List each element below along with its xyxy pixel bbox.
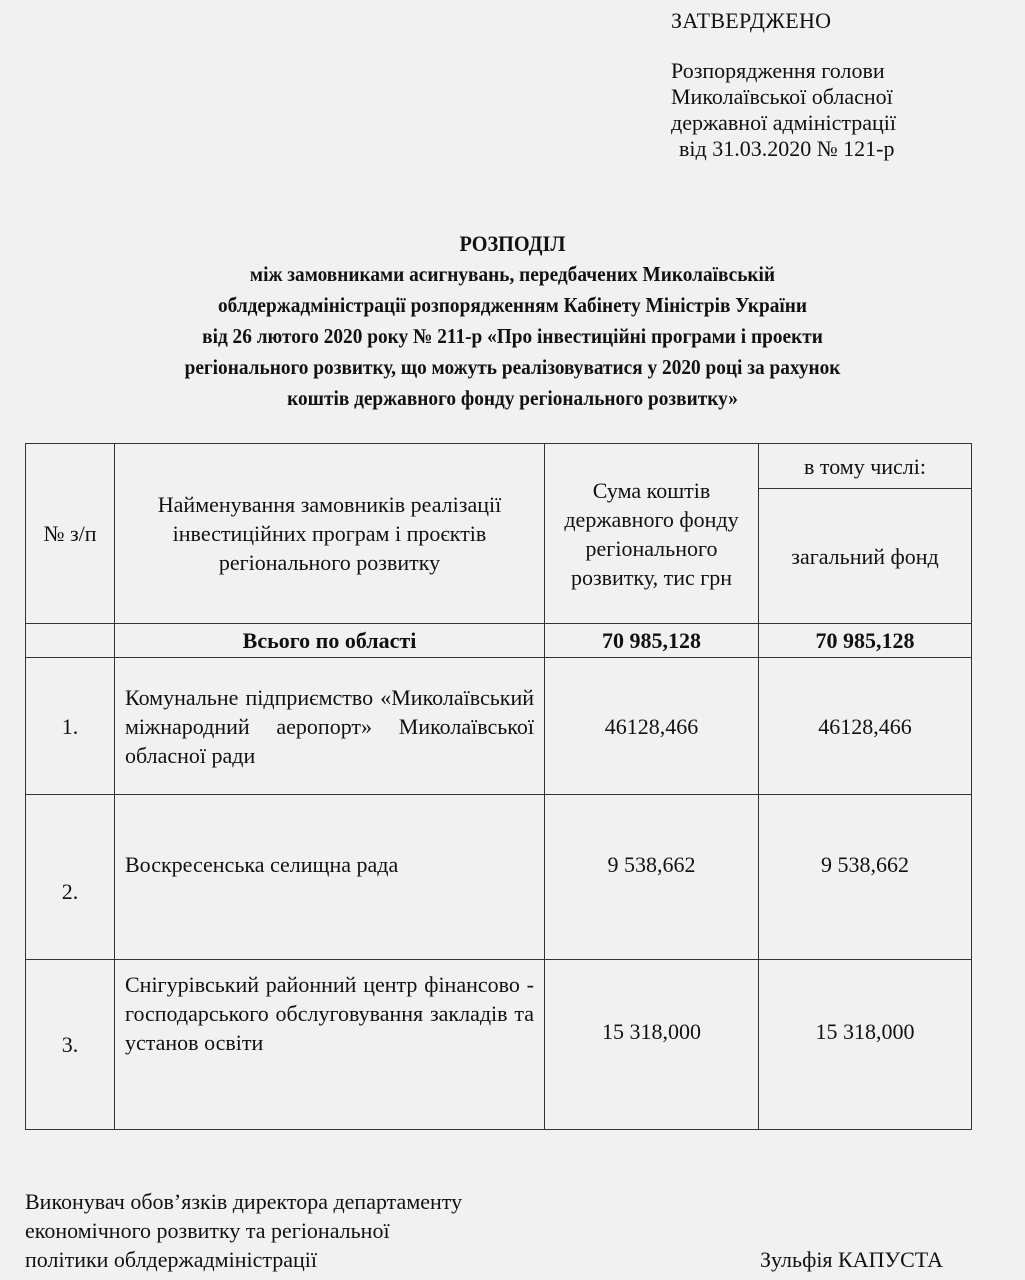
- title-line: від 26 лютого 2020 року № 211-р «Про інв…: [78, 321, 947, 352]
- title-line: коштів державного фонду регіонального ро…: [78, 383, 947, 414]
- row-name: Снігурівський районний центр фінансово -…: [115, 960, 545, 1130]
- total-num: [26, 624, 115, 658]
- table-row: 1. Комунальне підприємство «Миколаївськи…: [26, 658, 972, 795]
- document-title: РОЗПОДІЛ між замовниками асигнувань, пер…: [78, 228, 947, 414]
- title-line: регіонального розвитку, що можуть реаліз…: [78, 352, 947, 383]
- row-num: 3.: [26, 960, 115, 1130]
- title-line: облдержадміністрації розпорядженням Кабі…: [78, 290, 947, 321]
- header-including: в тому числі:: [759, 444, 972, 489]
- title-line: між замовниками асигнувань, передбачених…: [78, 259, 947, 290]
- header-sum: Сума коштів державного фонду регіонально…: [545, 444, 759, 624]
- row-name: Воскресенська селищна рада: [115, 795, 545, 960]
- signatory-name: Зульфія КАПУСТА: [760, 1245, 943, 1274]
- row-sum: 9 538,662: [545, 795, 759, 960]
- title-main: РОЗПОДІЛ: [78, 228, 947, 259]
- approval-block: ЗАТВЕРДЖЕНО Розпорядження голови Миколаї…: [671, 8, 896, 162]
- approval-line: від 31.03.2020 № 121-р: [671, 136, 896, 162]
- header-name: Найменування замовників реалізації інвес…: [115, 444, 545, 624]
- row-sum: 15 318,000: [545, 960, 759, 1130]
- approval-line: Миколаївської обласної: [671, 84, 896, 110]
- distribution-table: № з/п Найменування замовників реалізації…: [25, 443, 972, 1130]
- position-line: економічного розвитку та регіональної: [25, 1216, 462, 1245]
- table-row: 2. Воскресенська селищна рада 9 538,662 …: [26, 795, 972, 960]
- signature-position: Виконувач обов’язків директора департаме…: [25, 1187, 462, 1274]
- total-general-fund: 70 985,128: [759, 624, 972, 658]
- total-sum: 70 985,128: [545, 624, 759, 658]
- table-row: 3. Снігурівський районний центр фінансов…: [26, 960, 972, 1130]
- position-line: політики облдержадміністрації: [25, 1245, 462, 1274]
- row-general-fund: 46128,466: [759, 658, 972, 795]
- row-num: 2.: [26, 795, 115, 960]
- position-line: Виконувач обов’язків директора департаме…: [25, 1187, 462, 1216]
- row-name: Комунальне підприємство «Миколаївський м…: [115, 658, 545, 795]
- header-num: № з/п: [26, 444, 115, 624]
- approval-line: Розпорядження голови: [671, 58, 896, 84]
- row-num: 1.: [26, 658, 115, 795]
- row-general-fund: 15 318,000: [759, 960, 972, 1130]
- header-general-fund: загальний фонд: [759, 489, 972, 624]
- approval-stamp: ЗАТВЕРДЖЕНО: [671, 8, 896, 34]
- table-header-row: № з/п Найменування замовників реалізації…: [26, 444, 972, 489]
- row-general-fund: 9 538,662: [759, 795, 972, 960]
- total-label: Всього по області: [115, 624, 545, 658]
- table-total-row: Всього по області 70 985,128 70 985,128: [26, 624, 972, 658]
- approval-line: державної адміністрації: [671, 110, 896, 136]
- row-sum: 46128,466: [545, 658, 759, 795]
